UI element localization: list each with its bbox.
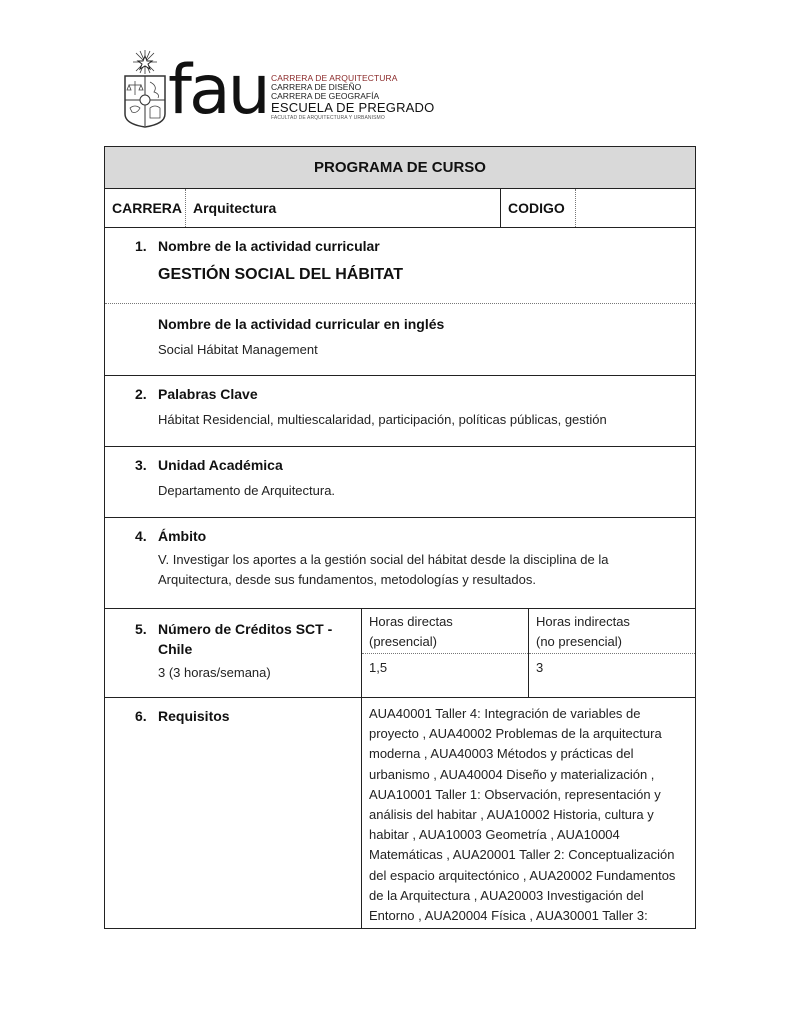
requirements-left-cell: 6. Requisitos: [105, 698, 362, 928]
section-heading: 2. Palabras Clave: [158, 386, 695, 402]
section-heading: 5. Número de Créditos SCT - Chile: [158, 619, 341, 659]
section-activity-name: 1. Nombre de la actividad curricular GES…: [105, 228, 695, 376]
codigo-label: CODIGO: [501, 189, 576, 227]
section-title: Número de Créditos SCT - Chile: [158, 621, 332, 657]
section-title: Ámbito: [158, 528, 206, 544]
section-requirements: 6. Requisitos AUA40001 Taller 4: Integra…: [105, 698, 695, 928]
logo-text-block: CARRERA DE ARQUITECTURA CARRERA DE DISEÑ…: [271, 74, 471, 121]
section-number: 4.: [135, 528, 147, 544]
section-heading: 3. Unidad Académica: [158, 457, 695, 473]
academic-unit-value: Departamento de Arquitectura.: [158, 481, 695, 501]
scope-value: V. Investigar los aportes a la gestión s…: [158, 550, 635, 590]
section-heading: 4. Ámbito: [158, 528, 635, 544]
section-credits: 5. Número de Créditos SCT - Chile 3 (3 h…: [105, 609, 695, 698]
direct-hours-label: Horas directas: [369, 612, 521, 632]
section-scope: 4. Ámbito V. Investigar los aportes a la…: [105, 518, 695, 609]
university-coat-of-arms-icon: [122, 48, 168, 128]
section-number: 5.: [135, 619, 147, 639]
section-title: Unidad Académica: [158, 457, 283, 473]
requirements-value: AUA40001 Taller 4: Integración de variab…: [362, 698, 695, 928]
indirect-hours-label: Horas indirectas: [536, 612, 688, 632]
section-heading: 1. Nombre de la actividad curricular: [158, 238, 695, 254]
indirect-hours-header: Horas indirectas (no presencial): [529, 609, 695, 654]
direct-hours-header: Horas directas (presencial): [362, 609, 528, 654]
logo-wordmark: fau: [168, 58, 268, 124]
activity-name-part: 1. Nombre de la actividad curricular GES…: [105, 228, 695, 304]
section-number: 3.: [135, 457, 147, 473]
table-title: PROGRAMA DE CURSO: [314, 159, 486, 176]
logo-line-escuela: ESCUELA DE PREGRADO: [271, 101, 471, 115]
carrera-row: CARRERA Arquitectura CODIGO: [105, 189, 695, 228]
english-heading: Nombre de la actividad curricular en ing…: [158, 316, 695, 332]
section-number: 2.: [135, 386, 147, 402]
activity-name-english-part: Nombre de la actividad curricular en ing…: [105, 304, 695, 360]
english-name-value: Social Hábitat Management: [158, 340, 695, 360]
activity-name-value: GESTIÓN SOCIAL DEL HÁBITAT: [158, 266, 695, 284]
section-title: Nombre de la actividad curricular: [158, 238, 380, 254]
indirect-hours-sublabel: (no presencial): [536, 632, 688, 652]
carrera-value: Arquitectura: [186, 189, 501, 227]
keywords-value: Hábitat Residencial, multiescalaridad, p…: [158, 410, 695, 430]
indirect-hours-value: 3: [529, 654, 695, 681]
logo-line-facultad: FACULTAD DE ARQUITECTURA Y URBANISMO: [271, 115, 471, 121]
direct-hours-cell: Horas directas (presencial) 1,5: [362, 609, 529, 697]
section-number: 6.: [135, 708, 147, 724]
section-heading: 6. Requisitos: [158, 708, 361, 724]
section-academic-unit: 3. Unidad Académica Departamento de Arqu…: [105, 447, 695, 518]
direct-hours-sublabel: (presencial): [369, 632, 521, 652]
faculty-logo: fau CARRERA DE ARQUITECTURA CARRERA DE D…: [122, 48, 412, 130]
section-number: 1.: [135, 238, 147, 254]
credits-left-cell: 5. Número de Créditos SCT - Chile 3 (3 h…: [105, 609, 362, 697]
course-program-table: PROGRAMA DE CURSO CARRERA Arquitectura C…: [104, 146, 696, 929]
section-title: Palabras Clave: [158, 386, 258, 402]
indirect-hours-cell: Horas indirectas (no presencial) 3: [529, 609, 695, 697]
section-title: Requisitos: [158, 708, 230, 724]
direct-hours-value: 1,5: [362, 654, 528, 681]
carrera-label: CARRERA: [105, 189, 186, 227]
credits-value: 3 (3 horas/semana): [158, 663, 341, 683]
section-keywords: 2. Palabras Clave Hábitat Residencial, m…: [105, 376, 695, 447]
codigo-value: [576, 189, 695, 227]
table-title-row: PROGRAMA DE CURSO: [105, 147, 695, 189]
